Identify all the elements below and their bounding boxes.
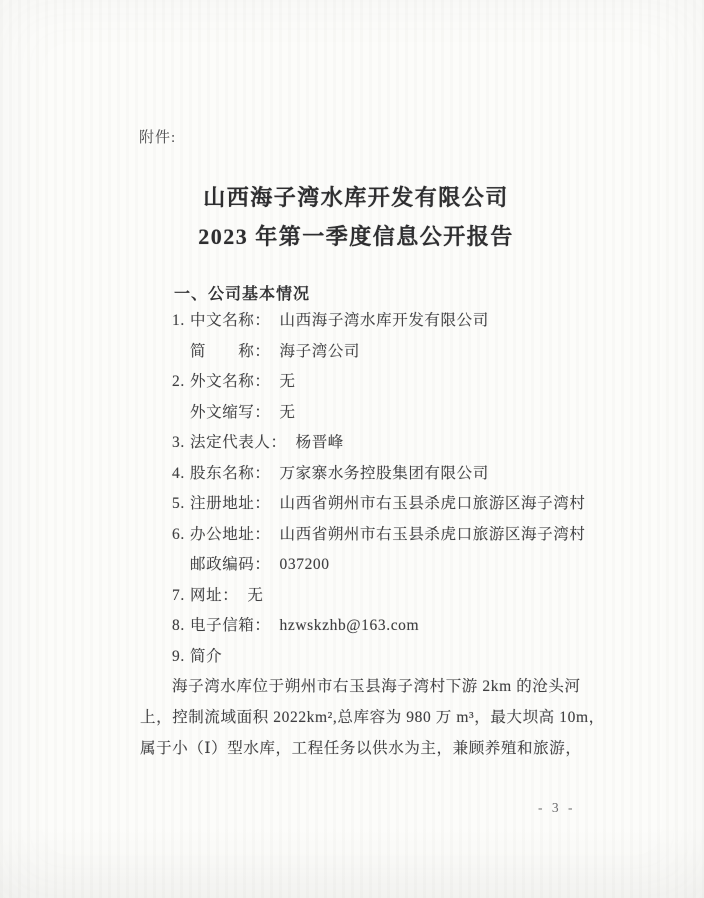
list-item: 3.法定代表人：杨晋峰 — [172, 428, 592, 459]
item-label: 外文缩写： — [190, 404, 271, 421]
list-item: 8.电子信箱：hzwskzhb@163.com — [172, 611, 592, 642]
item-label: 邮政编码： — [190, 556, 271, 573]
item-label: 简 称： — [190, 343, 271, 360]
item-value: 无 — [238, 587, 263, 604]
item-value: 山西省朔州市右玉县杀虎口旅游区海子湾村 — [271, 495, 586, 512]
page-number: - 3 - — [538, 800, 576, 816]
item-number: 4. — [172, 459, 190, 490]
intro-line: 属于小（Ⅰ）型水库，工程任务以供水为主，兼顾养殖和旅游， — [140, 733, 576, 764]
list-item: 6.办公地址：山西省朔州市右玉县杀虎口旅游区海子湾村 — [172, 520, 592, 551]
list-item: 1.中文名称：山西海子湾水库开发有限公司 — [172, 306, 592, 337]
item-value: 万家寨水务控股集团有限公司 — [271, 465, 489, 482]
item-number: 9. — [172, 642, 190, 673]
scanned-document-page: 附件: 山西海子湾水库开发有限公司 2023 年第一季度信息公开报告 一、公司基… — [0, 0, 704, 898]
list-item: 5.注册地址：山西省朔州市右玉县杀虎口旅游区海子湾村 — [172, 489, 592, 520]
item-value — [222, 648, 231, 665]
item-number: 1. — [172, 306, 190, 337]
item-label: 法定代表人： — [190, 434, 287, 451]
company-info-list: 1.中文名称：山西海子湾水库开发有限公司 简 称：海子湾公司 2.外文名称：无 … — [172, 306, 592, 672]
list-item: 简 称：海子湾公司 — [172, 337, 592, 368]
document-title-line-2: 2023 年第一季度信息公开报告 — [140, 217, 572, 256]
intro-line: 海子湾水库位于朔州市右玉县海子湾村下游 2km 的沧头河 — [140, 671, 576, 702]
item-label: 电子信箱： — [190, 617, 271, 634]
item-number: 2. — [172, 367, 190, 398]
list-item: 邮政编码：037200 — [172, 550, 592, 581]
attachment-label: 附件: — [139, 126, 176, 147]
item-value: 杨晋峰 — [287, 434, 344, 451]
item-value: 无 — [271, 373, 296, 390]
item-number: 3. — [172, 428, 190, 459]
item-number: 6. — [172, 520, 190, 551]
list-item: 9.简介 — [172, 642, 592, 673]
item-label: 简介 — [190, 648, 222, 665]
item-value: 山西省朔州市右玉县杀虎口旅游区海子湾村 — [271, 526, 586, 543]
item-label: 中文名称： — [190, 312, 271, 329]
item-value: 无 — [271, 404, 296, 421]
item-number: 8. — [172, 611, 190, 642]
list-item: 4.股东名称：万家寨水务控股集团有限公司 — [172, 459, 592, 490]
item-label: 办公地址： — [190, 526, 271, 543]
item-label: 注册地址： — [190, 495, 271, 512]
item-label: 外文名称： — [190, 373, 271, 390]
item-value: hzwskzhb@163.com — [271, 617, 420, 634]
item-number: 7. — [172, 581, 190, 612]
list-item: 2.外文名称：无 — [172, 367, 592, 398]
list-item: 外文缩写：无 — [172, 398, 592, 429]
document-title-line-1: 山西海子湾水库开发有限公司 — [140, 178, 572, 217]
item-value: 037200 — [271, 556, 330, 573]
item-label: 股东名称： — [190, 465, 271, 482]
item-number: 5. — [172, 489, 190, 520]
intro-line: 上，控制流域面积 2022km²,总库容为 980 万 m³，最大坝高 10m， — [140, 702, 576, 733]
item-label: 网址： — [190, 587, 238, 604]
item-value: 海子湾公司 — [271, 343, 361, 360]
section-heading: 一、公司基本情况 — [174, 281, 310, 304]
document-title: 山西海子湾水库开发有限公司 2023 年第一季度信息公开报告 — [140, 178, 572, 256]
list-item: 7.网址：无 — [172, 581, 592, 612]
company-intro-paragraph: 海子湾水库位于朔州市右玉县海子湾村下游 2km 的沧头河 上，控制流域面积 20… — [140, 671, 576, 764]
item-value: 山西海子湾水库开发有限公司 — [271, 312, 489, 329]
